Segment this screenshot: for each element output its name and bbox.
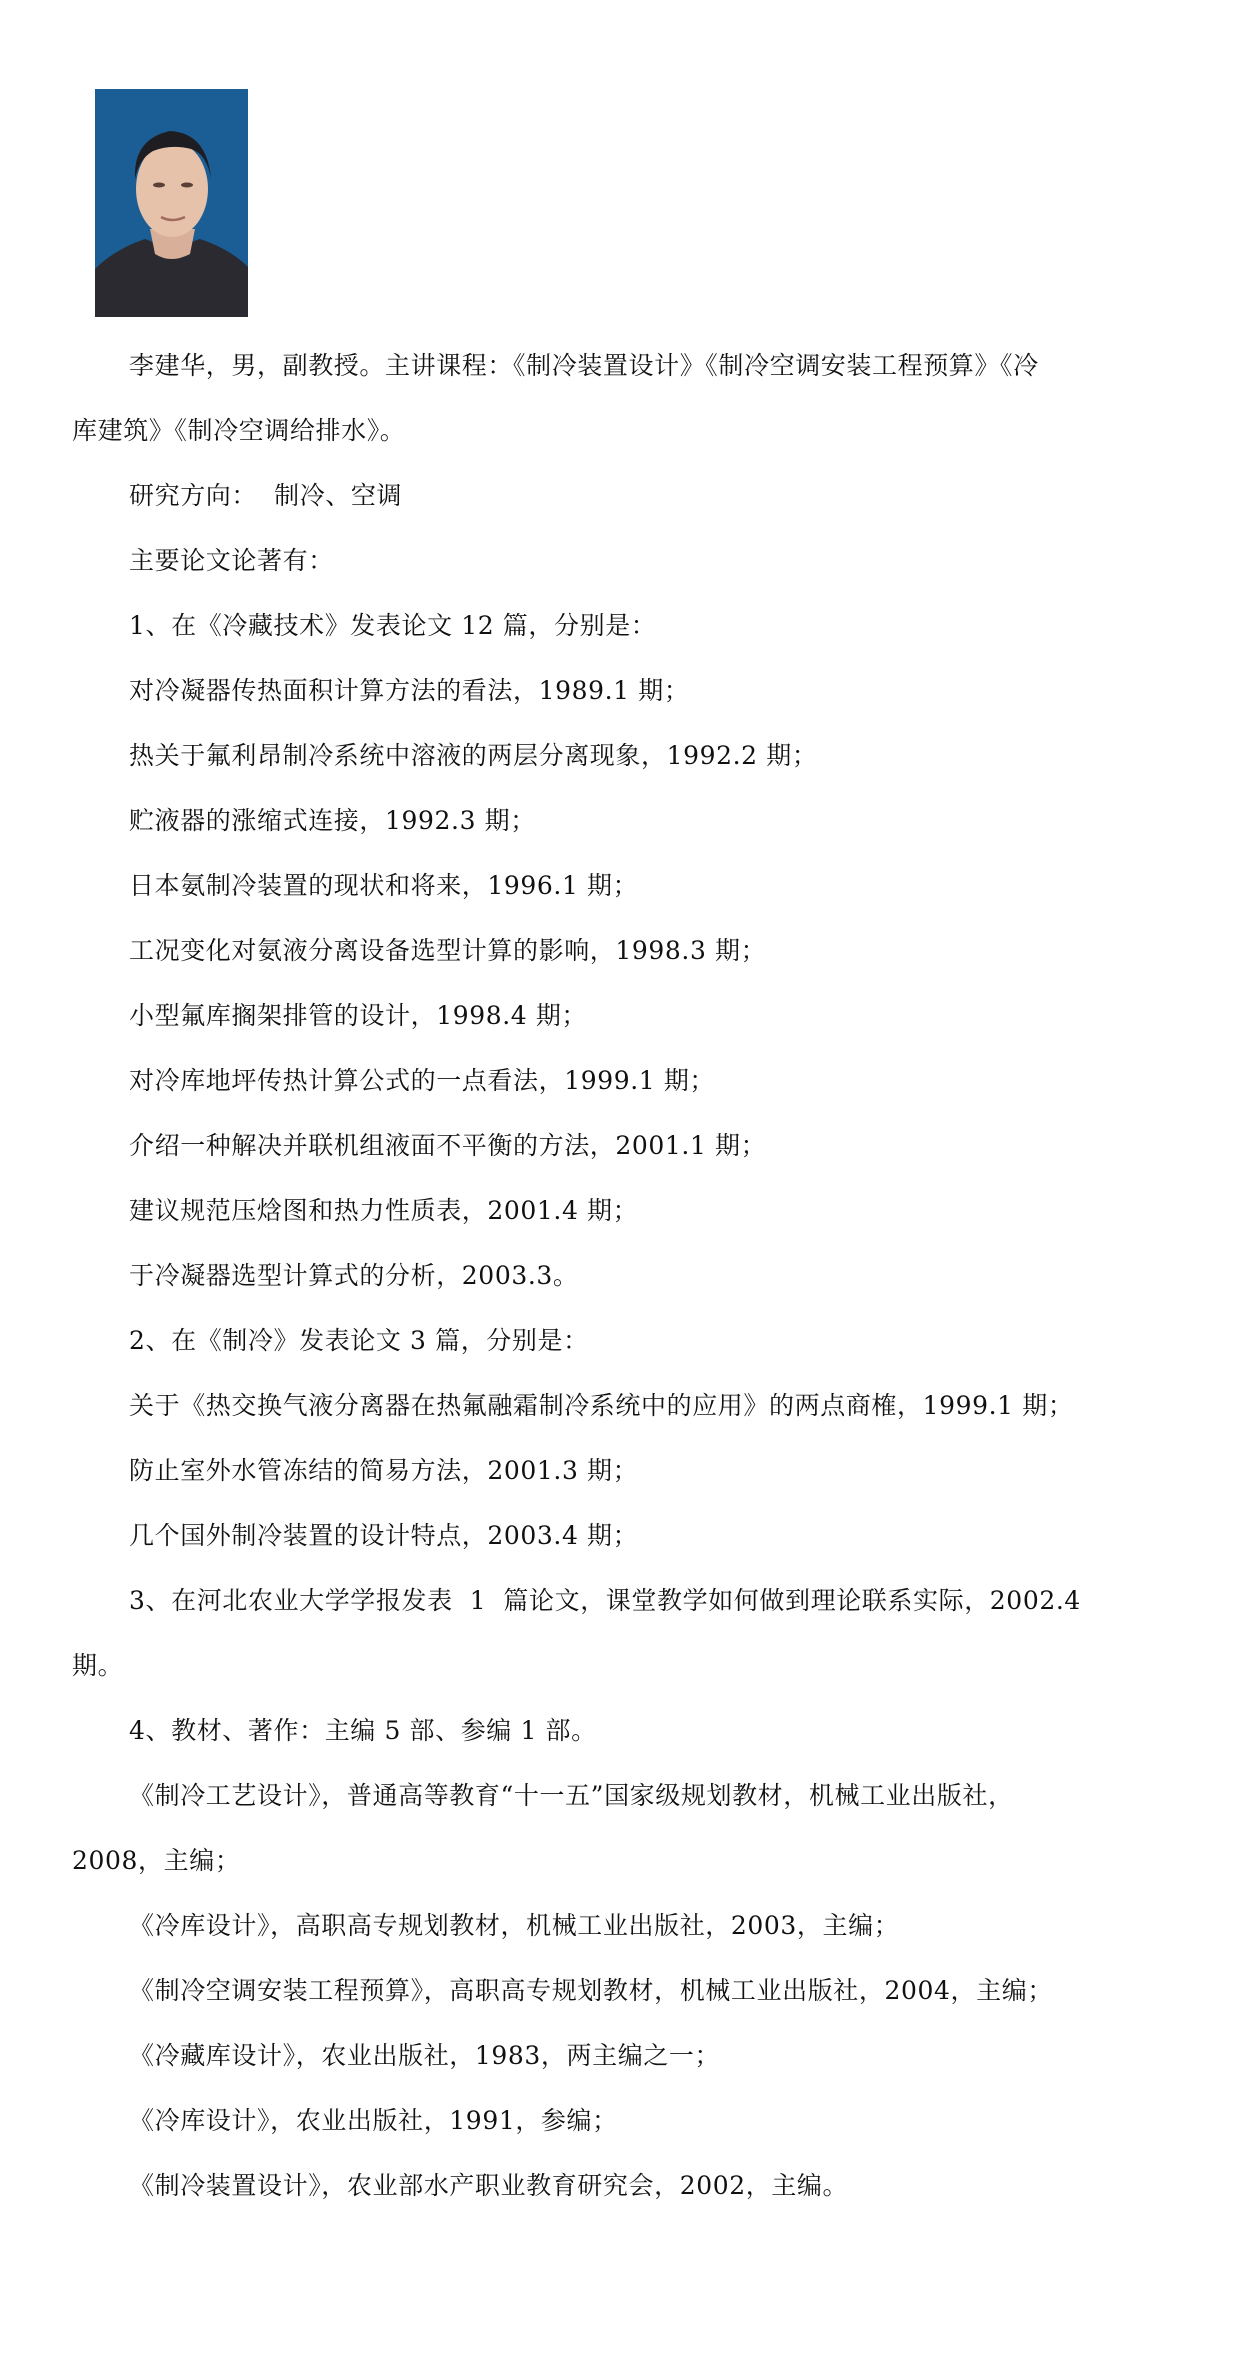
intro-paragraph-line2: 库建筑》《制冷空调给排水》。 bbox=[72, 398, 1172, 463]
book-item-line2: 2008，主编； bbox=[72, 1828, 1172, 1893]
section2-item: 关于《热交换气液分离器在热氟融霜制冷系统中的应用》的两点商榷，1999.1 期； bbox=[72, 1373, 1172, 1438]
portrait-photo bbox=[95, 89, 248, 317]
section1-item: 于冷凝器选型计算式的分析，2003.3。 bbox=[72, 1243, 1172, 1308]
section1-item: 工况变化对氨液分离设备选型计算的影响，1998.3 期； bbox=[72, 918, 1172, 983]
book-item: 《冷库设计》，农业出版社，1991，参编； bbox=[72, 2088, 1172, 2153]
section4-heading: 4、教材、著作：主编 5 部、参编 1 部。 bbox=[72, 1698, 1172, 1763]
section1-item: 介绍一种解决并联机组液面不平衡的方法，2001.1 期； bbox=[72, 1113, 1172, 1178]
papers-heading: 主要论文论著有： bbox=[72, 528, 1172, 593]
section1-item: 小型氟库搁架排管的设计，1998.4 期； bbox=[72, 983, 1172, 1048]
book-item: 《制冷装置设计》，农业部水产职业教育研究会，2002，主编。 bbox=[72, 2153, 1172, 2218]
book-item-line1: 《制冷工艺设计》，普通高等教育“十一五”国家级规划教材，机械工业出版社， bbox=[72, 1763, 1172, 1828]
intro-paragraph-line1: 李建华，男，副教授。主讲课程：《制冷装置设计》《制冷空调安装工程预算》《冷 bbox=[72, 333, 1172, 398]
book-item: 《冷库设计》，高职高专规划教材，机械工业出版社，2003，主编； bbox=[72, 1893, 1172, 1958]
section1-item: 贮液器的涨缩式连接，1992.3 期； bbox=[72, 788, 1172, 853]
section3-line2: 期。 bbox=[72, 1633, 1172, 1698]
section2-item: 几个国外制冷装置的设计特点，2003.4 期； bbox=[72, 1503, 1172, 1568]
section1-item: 热关于氟利昂制冷系统中溶液的两层分离现象，1992.2 期； bbox=[72, 723, 1172, 788]
section1-item: 对冷库地坪传热计算公式的一点看法，1999.1 期； bbox=[72, 1048, 1172, 1113]
book-item: 《制冷空调安装工程预算》，高职高专规划教材，机械工业出版社，2004，主编； bbox=[72, 1958, 1172, 2023]
profile-document: 李建华，男，副教授。主讲课程：《制冷装置设计》《制冷空调安装工程预算》《冷 库建… bbox=[72, 333, 1172, 2218]
section1-item: 建议规范压焓图和热力性质表，2001.4 期； bbox=[72, 1178, 1172, 1243]
book-item: 《冷藏库设计》，农业出版社，1983，两主编之一； bbox=[72, 2023, 1172, 2088]
section2-heading: 2、在《制冷》发表论文 3 篇，分别是： bbox=[72, 1308, 1172, 1373]
section3-line1: 3、在河北农业大学学报发表 1 篇论文，课堂教学如何做到理论联系实际，2002.… bbox=[72, 1568, 1172, 1633]
section2-item: 防止室外水管冻结的简易方法，2001.3 期； bbox=[72, 1438, 1172, 1503]
section1-item: 对冷凝器传热面积计算方法的看法，1989.1 期； bbox=[72, 658, 1172, 723]
person-portrait-icon bbox=[95, 89, 248, 317]
section1-item: 日本氨制冷装置的现状和将来，1996.1 期； bbox=[72, 853, 1172, 918]
research-direction: 研究方向： 制冷、空调 bbox=[72, 463, 1172, 528]
section1-heading: 1、在《冷藏技术》发表论文 12 篇，分别是： bbox=[72, 593, 1172, 658]
